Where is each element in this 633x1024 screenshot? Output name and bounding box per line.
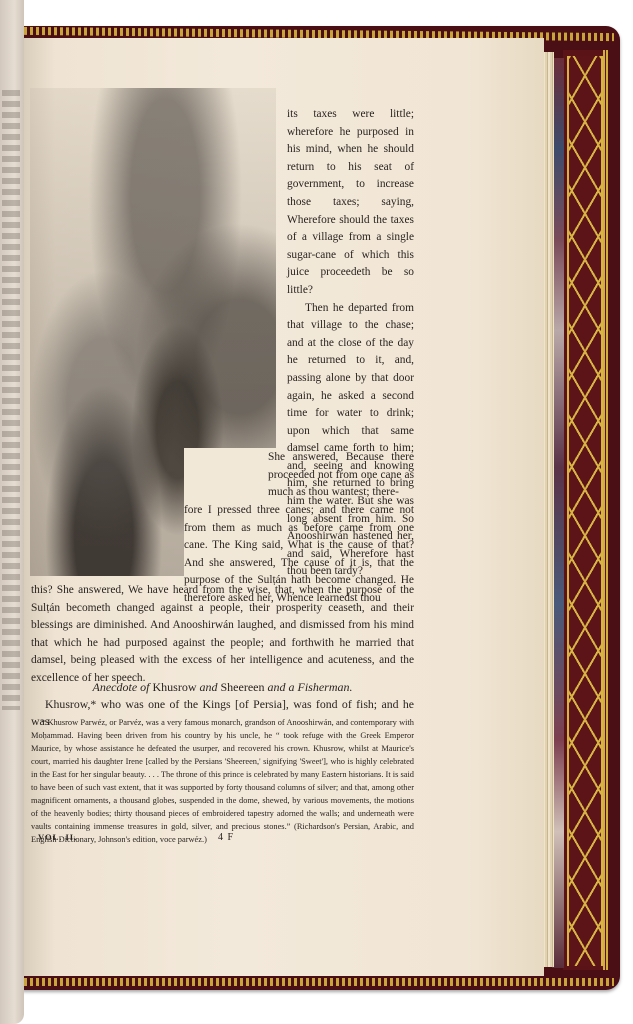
volume-signature: VOL. II. [38,832,77,842]
text-column-mid-1: She answered, Because there proceeded no… [268,449,414,502]
gilt-dentelle-border-bottom [24,978,614,986]
left-page-text-ghost [2,90,20,710]
footnote-text: * Khusrow Parwéz, or Parvéz, was a very … [31,716,414,846]
gilt-rule [603,50,605,970]
gathering-signature: 4 F [218,832,234,843]
heading-roman: Sheereen [221,680,265,694]
left-page-curl [0,0,24,1024]
footnote: * Khusrow Parwéz, or Parvéz, was a very … [31,716,414,846]
text-full-width: this? She answered, We have heard from t… [31,582,414,688]
gilt-rule [606,50,608,970]
section-heading: Anecdote of Khusrow and Sheereen and a F… [31,680,414,695]
paragraph: its taxes were little; wherefore he purp… [287,106,414,300]
heading-italic: Anecdote of [93,680,150,694]
heading-italic: and [200,680,218,694]
heading-roman: Khusrow [153,680,197,694]
gilt-lattice-pattern [567,56,603,966]
heading-italic: and a Fisherman. [267,680,352,694]
